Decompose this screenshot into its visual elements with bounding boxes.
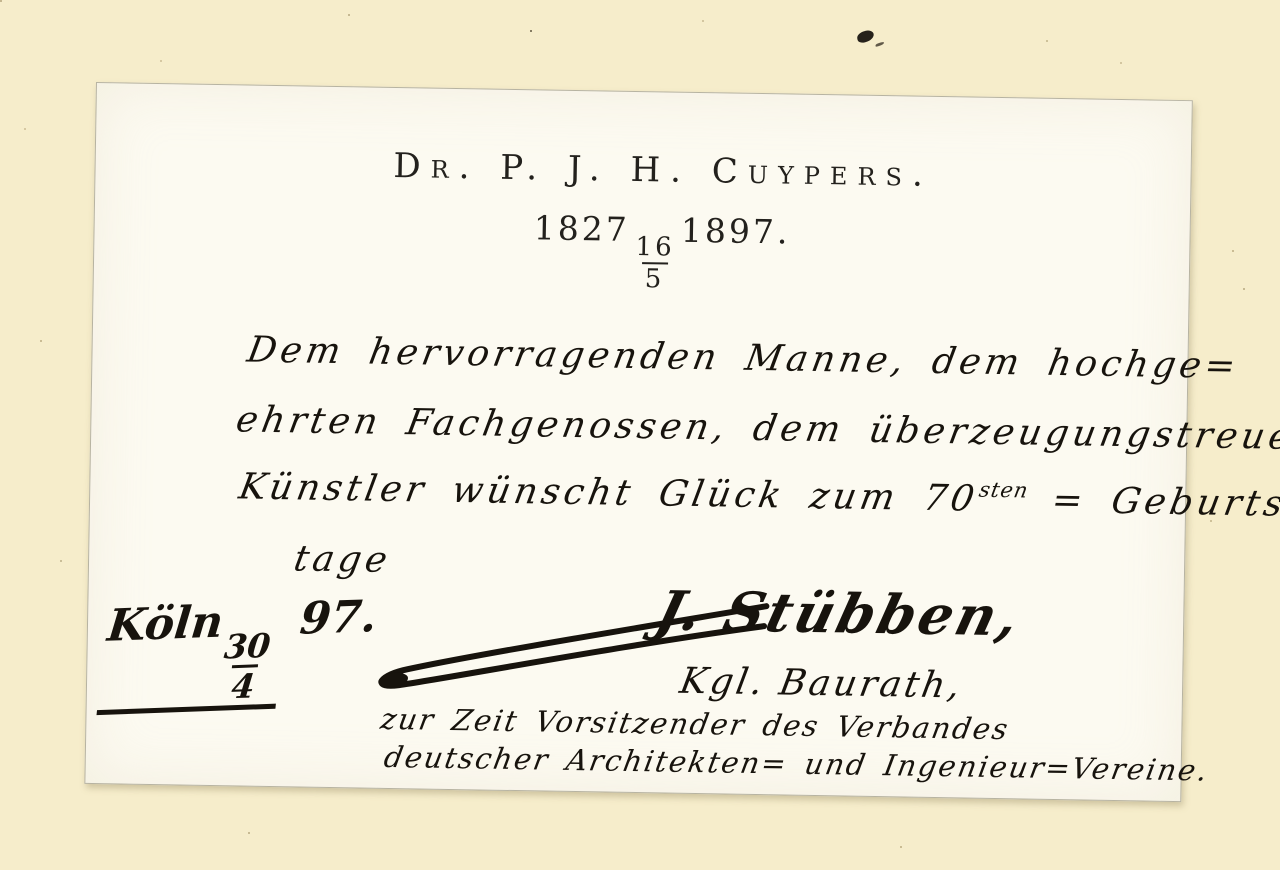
printed-jubilee-year: 1897. [681, 211, 791, 252]
message-line-4: tage [291, 538, 394, 580]
message-line-3: Künstler wünscht Glück zum 70sten = Gebu… [236, 465, 1280, 525]
printed-birth-year: 1827 [534, 208, 631, 249]
message-line-3-superscript: sten [977, 478, 1030, 503]
dateline-fraction: 304 [218, 629, 272, 704]
ink-blot [856, 29, 875, 44]
printed-dates: 18271651897. [114, 201, 1210, 301]
signature-role-line-2: deutscher Architekten= und Ingenieur=Ver… [382, 740, 1212, 788]
dateline-year: 97. [298, 591, 380, 645]
dateline: Köln304 97. [97, 591, 380, 715]
fraction-day: 16 [635, 234, 675, 261]
printed-date-fraction: 165 [635, 234, 675, 293]
message-line-3-tail: = Geburts= [1049, 480, 1280, 525]
dateline-day: 30 [223, 629, 272, 664]
signature-title: Kgl. Baurath, [677, 661, 966, 707]
message-line-2: ehrten Fachgenossen, dem überzeugungstre… [233, 399, 1280, 458]
fraction-month: 5 [645, 266, 665, 292]
dateline-underlined-part: Köln304 [97, 594, 288, 715]
album-page-paper: Dr. P. J. H. Cuypers. 18271651897. Dem h… [0, 0, 1280, 870]
dateline-city: Köln [105, 596, 226, 651]
message-line-3-text: Künstler wünscht Glück zum 70 [236, 466, 981, 519]
signature-name: J. Stübben, [650, 579, 1029, 649]
greeting-card: Dr. P. J. H. Cuypers. 18271651897. Dem h… [84, 82, 1192, 802]
signature-role-line-1: zur Zeit Vorsitzender des Verbandes [378, 702, 1012, 746]
paper-specks [0, 0, 2, 2]
dateline-month: 4 [230, 669, 256, 703]
message-line-1: Dem hervorragenden Manne, dem hochge= [244, 330, 1242, 387]
scan-background: { "colors": { "paper": "#f6edcb", "card"… [0, 0, 1280, 870]
printed-name: Dr. P. J. H. Cuypers. [115, 141, 1211, 199]
